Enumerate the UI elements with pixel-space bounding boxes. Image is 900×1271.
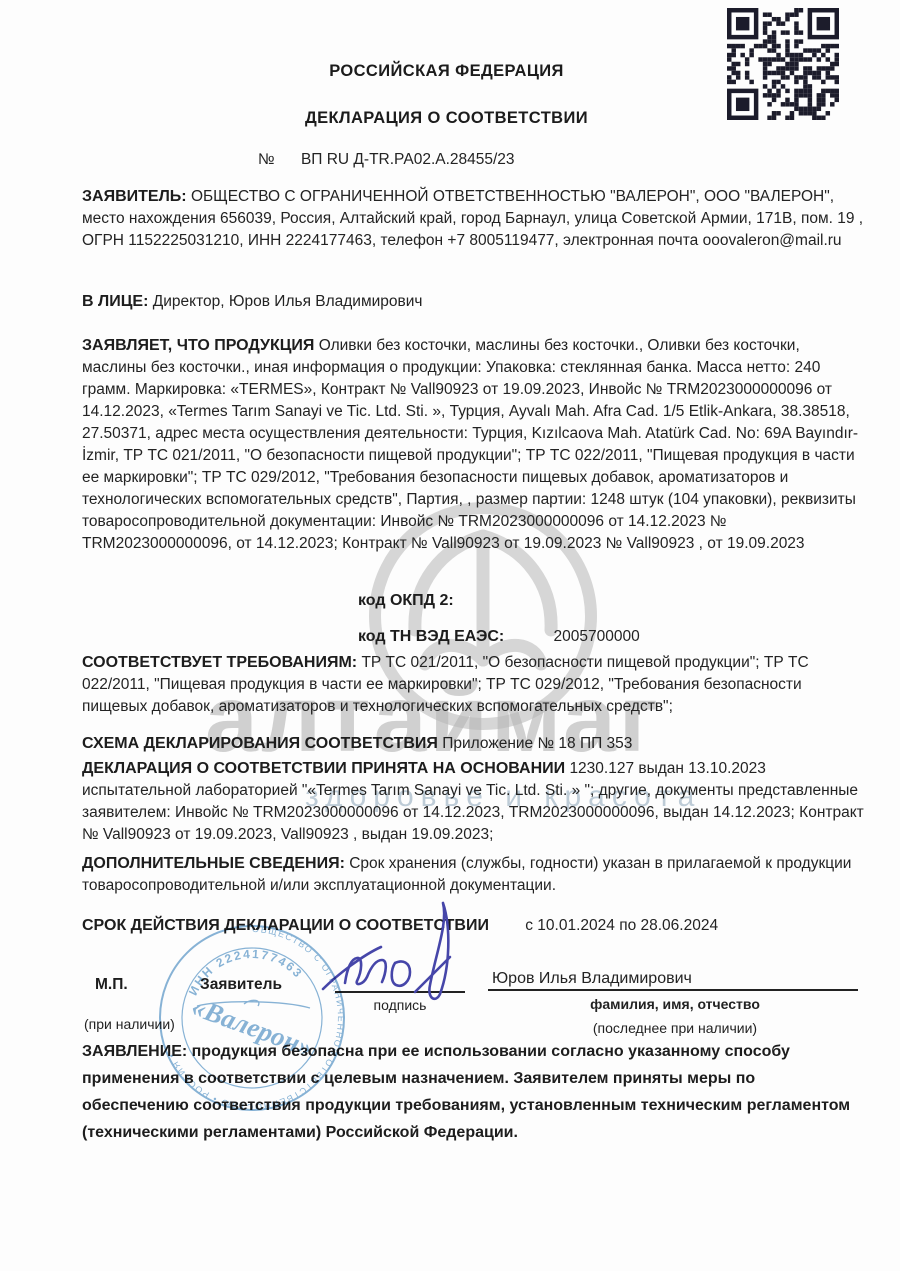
document-title: ДЕКЛАРАЦИЯ О СООТВЕТСТВИИ	[0, 109, 893, 128]
signatory-name: Юров Илья Владимирович	[492, 968, 692, 990]
scheme-text: Приложение № 18 ПП 353	[442, 735, 632, 752]
additional-label: ДОПОЛНИТЕЛЬНЫЕ СВЕДЕНИЯ:	[82, 855, 345, 872]
declaration-number: ВП RU Д-TR.РА02.А.28455/23	[301, 151, 515, 168]
declaration-number-row: № ВП RU Д-TR.РА02.А.28455/23	[258, 149, 515, 171]
document-country-heading: РОССИЙСКАЯ ФЕДЕРАЦИЯ	[0, 62, 893, 81]
scheme-label: СХЕМА ДЕКЛАРИРОВАНИЯ СООТВЕТСТВИЯ	[82, 735, 438, 752]
product-text: Оливки без косточки, маслины без косточк…	[82, 337, 858, 552]
name-caption: фамилия, имя, отчество	[560, 996, 790, 1012]
person-label: В ЛИЦЕ:	[82, 293, 148, 310]
section-tnved: код ТН ВЭД ЕАЭС: 2005700000	[358, 626, 640, 648]
mp-label: М.П.	[95, 976, 128, 994]
applicant-label: ЗАЯВИТЕЛЬ:	[82, 188, 187, 205]
person-text: Директор, Юров Илья Владимирович	[153, 293, 423, 310]
section-product: ЗАЯВЛЯЕТ, ЧТО ПРОДУКЦИЯ Оливки без косто…	[82, 335, 868, 555]
section-requirements: СООТВЕТСТВУЕТ ТРЕБОВАНИЯМ: ТР ТС 021/201…	[82, 652, 868, 718]
section-basis: ДЕКЛАРАЦИЯ О СООТВЕТСТВИИ ПРИНЯТА НА ОСН…	[82, 758, 868, 846]
validity-value: с 10.01.2024 по 28.06.2024	[525, 917, 718, 934]
section-applicant: ЗАЯВИТЕЛЬ: ОБЩЕСТВО С ОГРАНИЧЕННОЙ ОТВЕТ…	[82, 186, 868, 252]
name-line	[488, 989, 858, 991]
section-person: В ЛИЦЕ: Директор, Юров Илья Владимирович	[82, 291, 868, 313]
okpd-label: код ОКПД 2:	[358, 592, 454, 609]
product-label: ЗАЯВЛЯЕТ, ЧТО ПРОДУКЦИЯ	[82, 337, 314, 354]
company-round-stamp: ОБЩЕСТВО С ОГРАНИЧЕННОЙ ОТВЕТСТВЕННОСТЬЮ…	[152, 918, 352, 1118]
section-additional: ДОПОЛНИТЕЛЬНЫЕ СВЕДЕНИЯ: Срок хранения (…	[82, 853, 868, 897]
stamp-inn-text: ИНН 2224177463	[186, 947, 306, 998]
svg-text:ИНН 2224177463: ИНН 2224177463	[186, 947, 306, 998]
requirements-label: СООТВЕТСТВУЕТ ТРЕБОВАНИЯМ:	[82, 654, 357, 671]
name-caption-note: (последнее при наличии)	[560, 1020, 790, 1036]
basis-label: ДЕКЛАРАЦИЯ О СООТВЕТСТВИИ ПРИНЯТА НА ОСН…	[82, 760, 565, 777]
section-scheme: СХЕМА ДЕКЛАРИРОВАНИЯ СООТВЕТСТВИЯ Прилож…	[82, 733, 868, 755]
number-sign: №	[258, 151, 275, 168]
section-okpd: код ОКПД 2:	[358, 590, 499, 612]
tnved-label: код ТН ВЭД ЕАЭС:	[358, 628, 504, 645]
applicant-text: ОБЩЕСТВО С ОГРАНИЧЕННОЙ ОТВЕТСТВЕННОСТЬЮ…	[82, 188, 863, 249]
tnved-value: 2005700000	[554, 628, 640, 645]
